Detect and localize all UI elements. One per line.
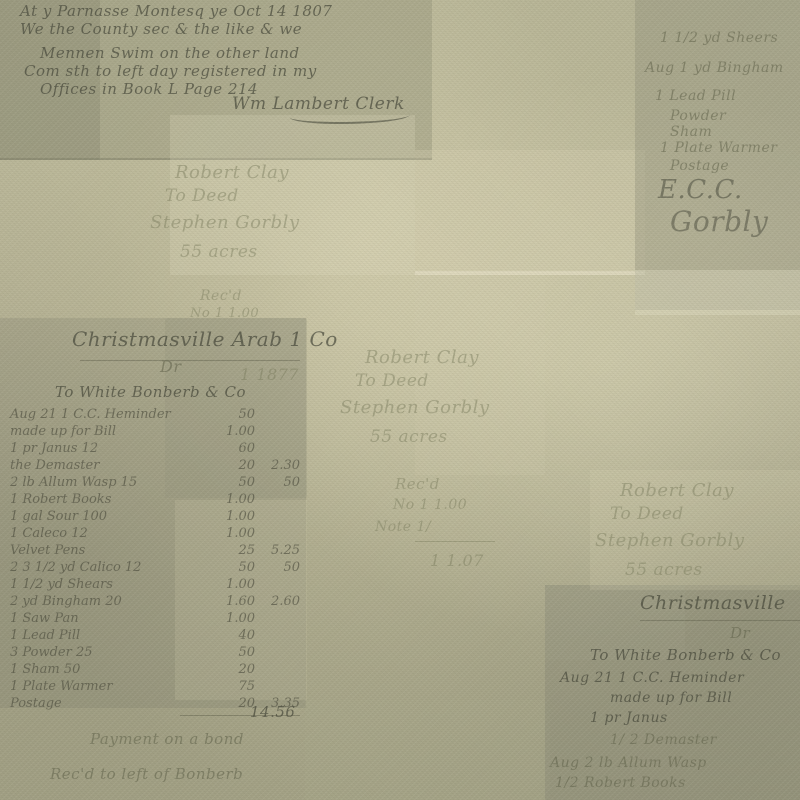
deed-note-right: Robert Clay To Deed Stephen Gorbly 55 ac… [595, 478, 795, 588]
ledger-line: Aug 2 lb Allum Wasp [550, 755, 707, 771]
deed-note-center: Robert Clay To Deed Stephen Gorbly 55 ac… [340, 345, 540, 455]
letter-line: Com sth to left day registered in my [24, 62, 317, 80]
receipt-line: Rec'd [395, 475, 440, 493]
deed-grantee: Stephen Gorbly [595, 530, 745, 551]
ledger-left: Christmasville Arab 1 Co Dr 1 1877 To Wh… [10, 325, 310, 795]
receipt-rule [415, 541, 495, 542]
ledger-heading-rule [80, 360, 300, 361]
receipt-line: No 1 1.00 [190, 306, 259, 321]
ledger-line: 1/2 Robert Books [555, 775, 686, 791]
deed-note-upper: Robert Clay To Deed Stephen Gorbly 55 ac… [150, 160, 350, 270]
ledger-date: 1 1877 [240, 365, 299, 384]
ledger-line: 1 pr Janus [590, 710, 668, 726]
deed-title: To Deed [610, 504, 684, 524]
ledger-heading-rule [640, 620, 800, 621]
monogram: E.C.C. [658, 175, 743, 205]
signature-swash [290, 108, 410, 124]
letter-line: 1 Plate Warmer [660, 140, 777, 156]
receipt-line: Note 1/ [375, 519, 431, 535]
ledger-footer-total: 14.56 [250, 703, 295, 721]
ledger-line: Aug 21 1 C.C. Heminder [560, 670, 744, 686]
receipt-center: Rec'd No 1 1.00 Note 1/ 1 1.07 [375, 475, 515, 595]
letter-line: Offices in Book L Page 214 [40, 80, 258, 98]
letter-line: At y Parnasse Montesq ye Oct 14 1807 [20, 2, 332, 20]
ledger-to: To White Bonberb & Co [590, 646, 781, 664]
deed-grantor: Robert Clay [365, 347, 479, 368]
vintage-collage-background: At y Parnasse Montesq ye Oct 14 1807 We … [0, 0, 800, 800]
letter-line: 1 1/2 yd Sheers [660, 30, 778, 46]
ledger-heading: Christmasville Arab 1 Co [72, 327, 338, 351]
deed-acreage: 55 acres [625, 560, 703, 580]
letter-line: Postage [670, 158, 729, 174]
ledger-line: made up for Bill [610, 690, 732, 706]
ledger-sub: Dr [160, 357, 181, 376]
deed-title: To Deed [165, 186, 239, 206]
letter-line: We the County sec & the like & we [20, 20, 302, 38]
deed-acreage: 55 acres [370, 427, 448, 447]
receipt-line: No 1 1.00 [393, 497, 467, 513]
ledger-line: 1/ 2 Demaster [610, 732, 717, 748]
ledger-sub: Dr [730, 624, 750, 642]
receipt-line: 1 1.07 [430, 551, 484, 570]
letter-top-right: 1 1/2 yd Sheers Aug 1 yd Bingham 1 Lead … [640, 0, 800, 300]
ledger-footer-line: Rec'd to left of Bonberb [50, 765, 243, 783]
letter-line: Sham [670, 124, 712, 140]
letter-line: Powder [670, 108, 726, 124]
deed-grantee: Stephen Gorbly [340, 397, 490, 418]
ledger-bottom-right: Christmasville Dr To White Bonberb & Co … [550, 590, 800, 800]
deed-acreage: 55 acres [180, 242, 258, 262]
letter-line: Aug 1 yd Bingham [645, 60, 784, 76]
ledger-heading: Christmasville [640, 592, 786, 614]
signature: Gorbly [670, 205, 768, 238]
deed-title: To Deed [355, 371, 429, 391]
deed-grantee: Stephen Gorbly [150, 212, 300, 233]
letter-line: 1 Lead Pill [655, 88, 736, 104]
receipt-line: Rec'd [200, 288, 242, 304]
letter-line: Mennen Swim on the other land [40, 44, 300, 62]
ledger-to: To White Bonberb & Co [55, 383, 246, 401]
paper-panel-light-center [415, 150, 645, 275]
deed-grantor: Robert Clay [620, 480, 734, 501]
letter-top-left: At y Parnasse Montesq ye Oct 14 1807 We … [0, 0, 432, 160]
deed-grantor: Robert Clay [175, 162, 289, 183]
paper-panel-bottom-center [305, 700, 550, 800]
ledger-footer-line: Payment on a bond [90, 730, 244, 748]
